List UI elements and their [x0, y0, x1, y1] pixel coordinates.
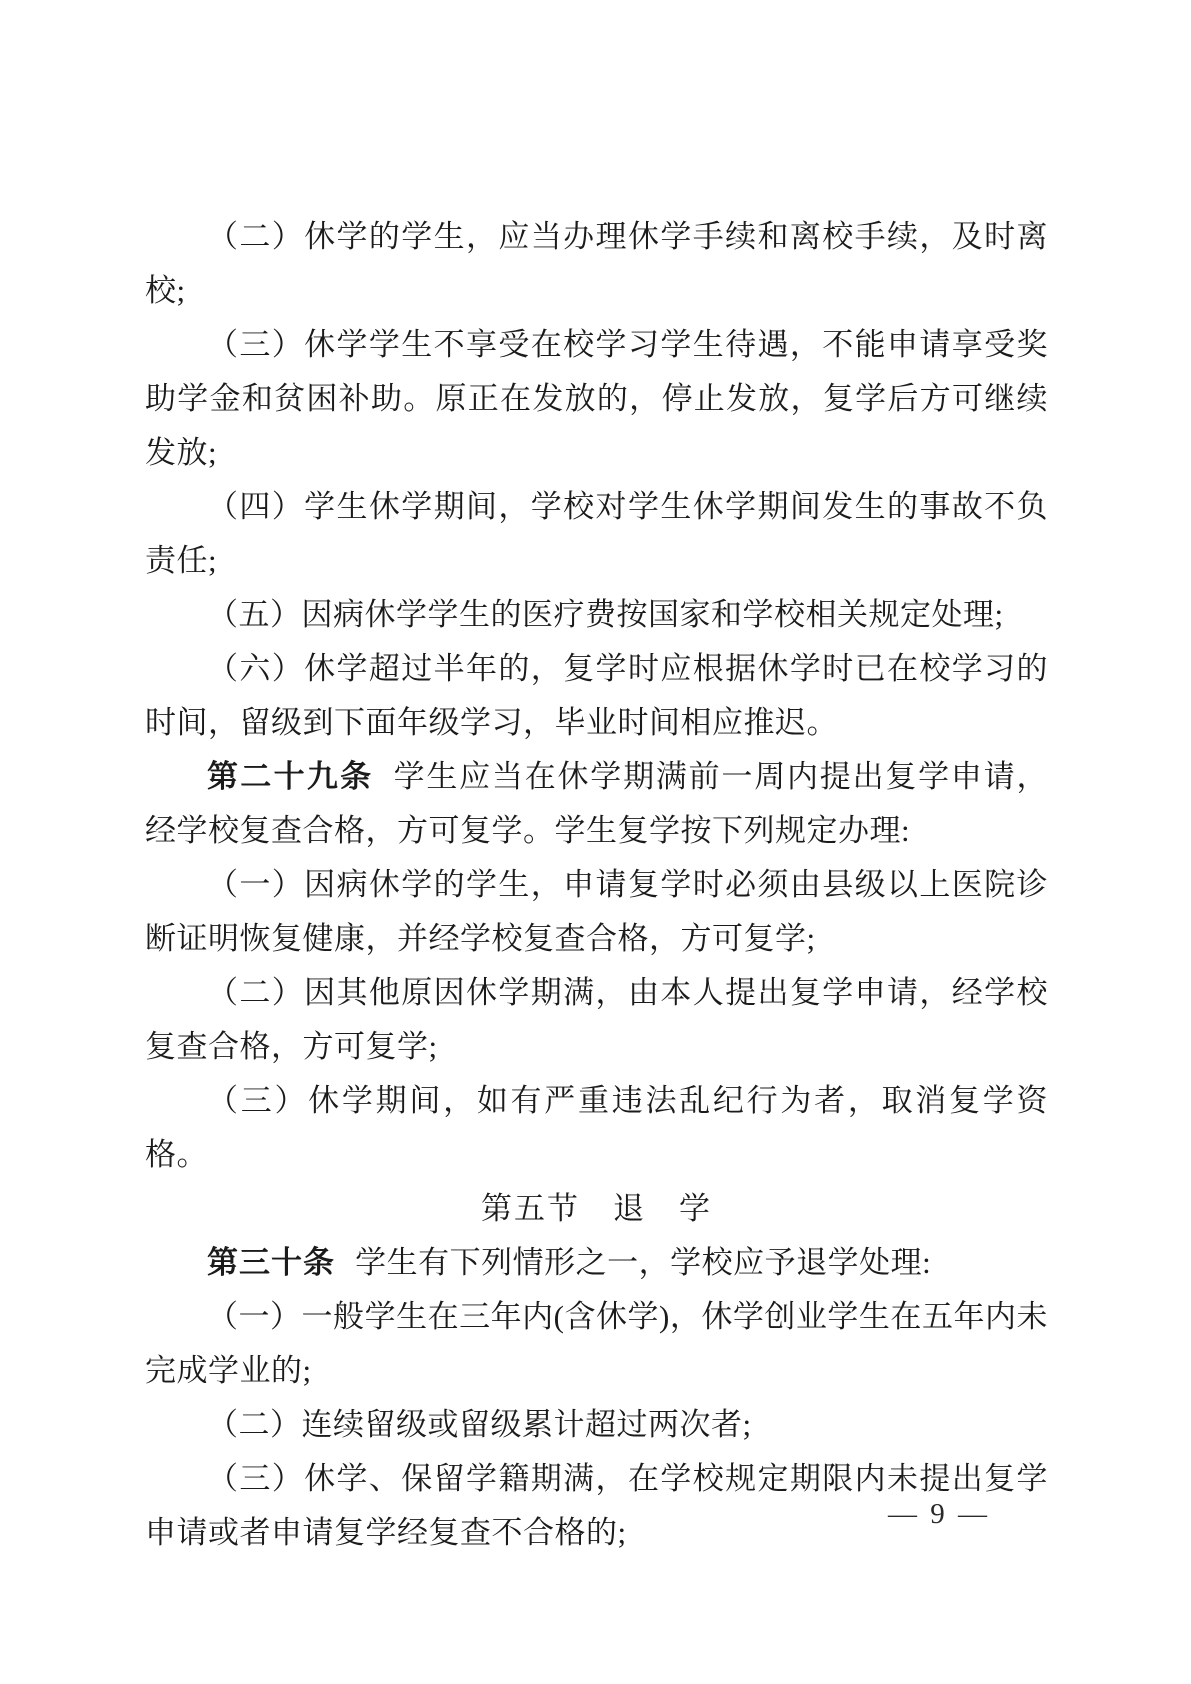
page-number: — 9 —: [888, 1497, 990, 1531]
paragraph-text: 第五节 退 学: [481, 1191, 712, 1226]
paragraph-text: （三）休学期间，如有严重违法乱纪行为者，取消复学资格。: [145, 1083, 1048, 1172]
paragraph-text: （三）休学学生不享受在校学习学生待遇，不能申请享受奖助学金和贫困补助。原正在发放…: [145, 327, 1048, 470]
paragraph: （四）学生休学期间，学校对学生休学期间发生的事故不负责任;: [145, 480, 1048, 588]
article-number: 第三十条: [207, 1245, 335, 1280]
paragraph: （二）连续留级或留级累计超过两次者;: [145, 1398, 1048, 1452]
paragraph-text: （一）因病休学的学生，申请复学时必须由县级以上医院诊断证明恢复健康，并经学校复查…: [145, 867, 1048, 956]
paragraph: （二）休学的学生，应当办理休学手续和离校手续，及时离校;: [145, 210, 1048, 318]
paragraph-text: （二）因其他原因休学期满，由本人提出复学申请，经学校复查合格，方可复学;: [145, 975, 1048, 1064]
paragraph-text: （二）休学的学生，应当办理休学手续和离校手续，及时离校;: [145, 219, 1048, 308]
paragraph: （三）休学期间，如有严重违法乱纪行为者，取消复学资格。: [145, 1074, 1048, 1182]
paragraph-text: 学生有下列情形之一，学校应予退学处理:: [355, 1245, 931, 1280]
paragraph: 第五节 退 学: [145, 1182, 1048, 1236]
paragraph: 第三十条学生有下列情形之一，学校应予退学处理:: [145, 1236, 1048, 1290]
document-page: （二）休学的学生，应当办理休学手续和离校手续，及时离校;（三）休学学生不享受在校…: [0, 0, 1191, 1684]
paragraph: （二）因其他原因休学期满，由本人提出复学申请，经学校复查合格，方可复学;: [145, 966, 1048, 1074]
paragraph: （六）休学超过半年的，复学时应根据休学时已在校学习的时间，留级到下面年级学习，毕…: [145, 642, 1048, 750]
paragraph: （三）休学学生不享受在校学习学生待遇，不能申请享受奖助学金和贫困补助。原正在发放…: [145, 318, 1048, 480]
paragraph-text: （六）休学超过半年的，复学时应根据休学时已在校学习的时间，留级到下面年级学习，毕…: [145, 651, 1048, 740]
document-body: （二）休学的学生，应当办理休学手续和离校手续，及时离校;（三）休学学生不享受在校…: [145, 210, 1048, 1560]
article-number: 第二十九条: [207, 759, 373, 794]
paragraph: （五）因病休学学生的医疗费按国家和学校相关规定处理;: [145, 588, 1048, 642]
paragraph: 第二十九条学生应当在休学期满前一周内提出复学申请，经学校复查合格，方可复学。学生…: [145, 750, 1048, 858]
paragraph: （一）因病休学的学生，申请复学时必须由县级以上医院诊断证明恢复健康，并经学校复查…: [145, 858, 1048, 966]
paragraph-text: （四）学生休学期间，学校对学生休学期间发生的事故不负责任;: [145, 489, 1048, 578]
paragraph-text: （一）一般学生在三年内(含休学)，休学创业学生在五年内未完成学业的;: [145, 1299, 1048, 1388]
paragraph-text: （五）因病休学学生的医疗费按国家和学校相关规定处理;: [207, 597, 1004, 632]
paragraph-text: （二）连续留级或留级累计超过两次者;: [207, 1407, 752, 1442]
paragraph: （一）一般学生在三年内(含休学)，休学创业学生在五年内未完成学业的;: [145, 1290, 1048, 1398]
